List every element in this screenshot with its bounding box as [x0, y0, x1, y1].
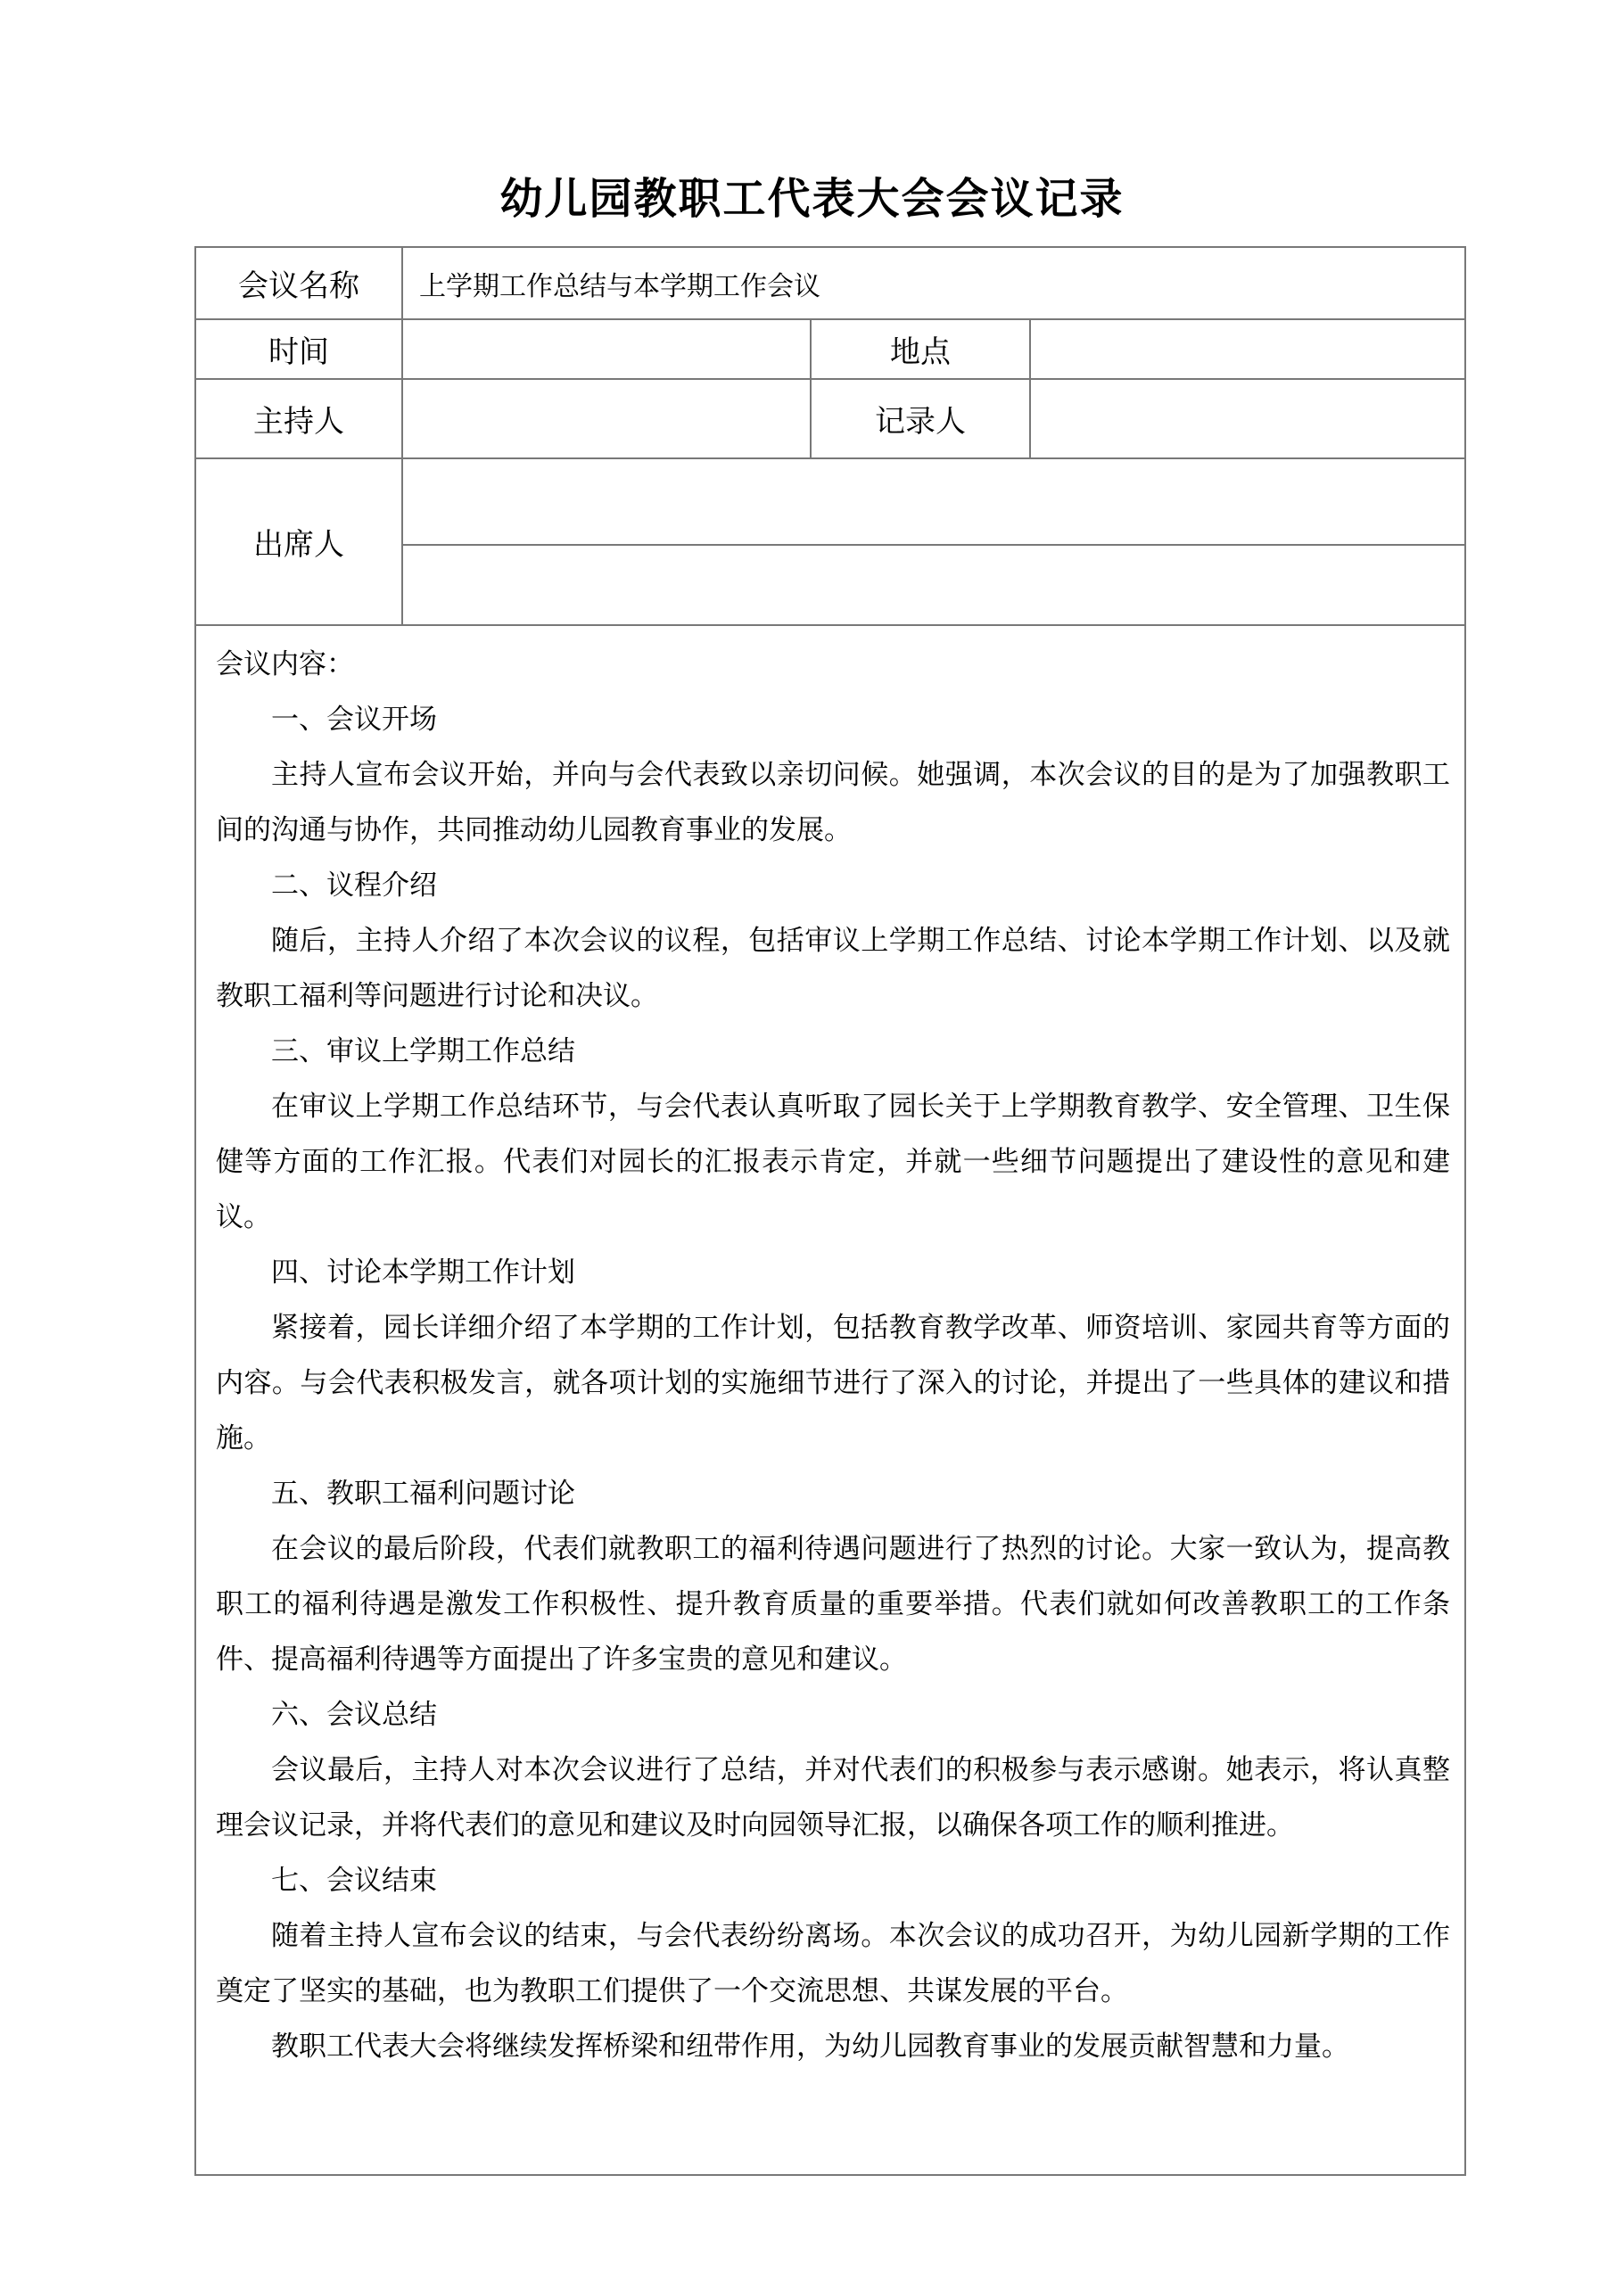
meeting-content-cell: 会议内容： 一、会议开场 主持人宣布会议开始，并向与会代表致以亲切问候。她强调，…	[195, 625, 1465, 2175]
page-title: 幼儿园教职工代表大会会议记录	[0, 164, 1624, 226]
content-paragraph: 五、教职工福利问题讨论	[216, 1466, 1450, 1521]
recorder-value-cell	[1030, 379, 1465, 458]
content-paragraph: 随后，主持人介绍了本次会议的议程，包括审议上学期工作总结、讨论本学期工作计划、以…	[216, 913, 1450, 1024]
content-heading: 会议内容：	[216, 637, 1450, 692]
meeting-info-table: 会议名称 上学期工作总结与本学期工作会议 时间 地点 主持人 记录人 出席人 会…	[194, 246, 1466, 2176]
table-row: 会议名称 上学期工作总结与本学期工作会议	[195, 247, 1465, 319]
content-paragraph: 六、会议总结	[216, 1687, 1450, 1742]
location-label: 地点	[811, 319, 1030, 379]
table-row: 时间 地点	[195, 319, 1465, 379]
content-paragraph: 四、讨论本学期工作计划	[216, 1245, 1450, 1300]
table-row: 会议内容： 一、会议开场 主持人宣布会议开始，并向与会代表致以亲切问候。她强调，…	[195, 625, 1465, 2175]
location-value-cell	[1030, 319, 1465, 379]
content-paragraph: 三、审议上学期工作总结	[216, 1024, 1450, 1079]
time-label: 时间	[195, 319, 402, 379]
attendees-value-top-cell	[402, 458, 1465, 545]
content-paragraph: 在会议的最后阶段，代表们就教职工的福利待遇问题进行了热烈的讨论。大家一致认为，提…	[216, 1521, 1450, 1687]
meeting-name-label: 会议名称	[195, 247, 402, 319]
table-row: 出席人	[195, 458, 1465, 545]
attendees-value-bottom-cell	[402, 545, 1465, 625]
host-label: 主持人	[195, 379, 402, 458]
content-paragraph: 会议最后，主持人对本次会议进行了总结，并对代表们的积极参与表示感谢。她表示，将认…	[216, 1742, 1450, 1853]
content-paragraph: 主持人宣布会议开始，并向与会代表致以亲切问候。她强调，本次会议的目的是为了加强教…	[216, 747, 1450, 858]
content-paragraph: 教职工代表大会将继续发挥桥梁和纽带作用，为幼儿园教育事业的发展贡献智慧和力量。	[216, 2019, 1450, 2074]
content-paragraph: 在审议上学期工作总结环节，与会代表认真听取了园长关于上学期教育教学、安全管理、卫…	[216, 1079, 1450, 1245]
content-paragraph: 一、会议开场	[216, 692, 1450, 747]
content-paragraph: 二、议程介绍	[216, 858, 1450, 913]
recorder-label: 记录人	[811, 379, 1030, 458]
table-row: 主持人 记录人	[195, 379, 1465, 458]
content-paragraph: 紧接着，园长详细介绍了本学期的工作计划，包括教育教学改革、师资培训、家园共育等方…	[216, 1300, 1450, 1466]
meeting-name-value: 上学期工作总结与本学期工作会议	[402, 247, 1465, 319]
attendees-label: 出席人	[195, 458, 402, 625]
time-value-cell	[402, 319, 811, 379]
host-value-cell	[402, 379, 811, 458]
content-paragraph: 七、会议结束	[216, 1853, 1450, 1908]
content-paragraph: 随着主持人宣布会议的结束，与会代表纷纷离场。本次会议的成功召开，为幼儿园新学期的…	[216, 1908, 1450, 2019]
